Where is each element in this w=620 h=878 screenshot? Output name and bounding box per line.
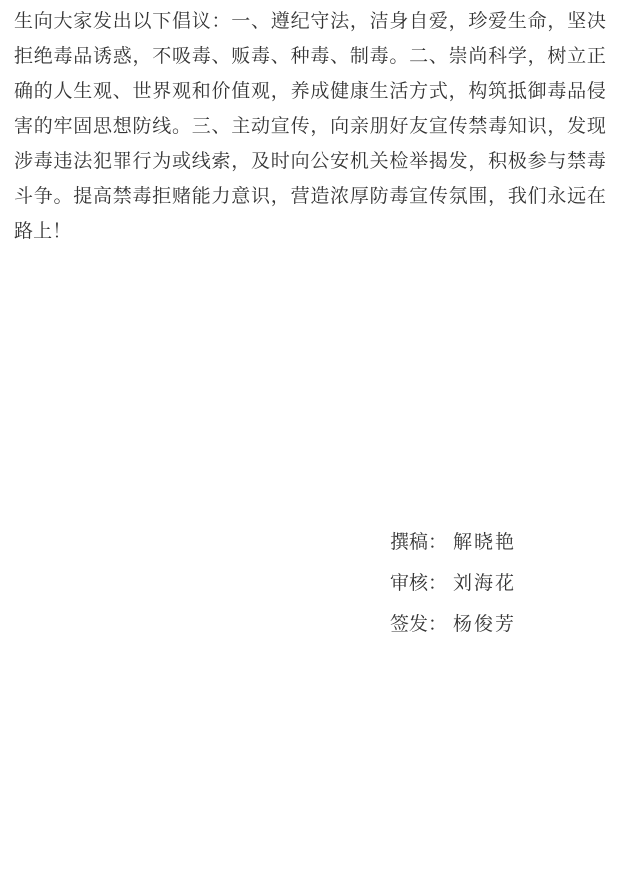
signature-line-drafter: 撰稿：解晓艳 xyxy=(390,522,516,563)
signature-block: 撰稿：解晓艳 审核：刘海花 签发：杨俊芳 xyxy=(390,522,516,645)
body-paragraph: 生向大家发出以下倡议：一、遵纪守法，洁身自爱，珍爱生命，坚决拒绝毒品诱惑，不吸毒… xyxy=(14,4,606,249)
issuer-label: 签发： xyxy=(390,614,447,635)
issuer-name: 杨俊芳 xyxy=(453,614,516,635)
reviewer-label: 审核： xyxy=(390,573,447,594)
document-page: 生向大家发出以下倡议：一、遵纪守法，洁身自爱，珍爱生命，坚决拒绝毒品诱惑，不吸毒… xyxy=(0,0,620,878)
reviewer-name: 刘海花 xyxy=(453,573,516,594)
drafter-label: 撰稿： xyxy=(390,532,447,553)
signature-line-issuer: 签发：杨俊芳 xyxy=(390,604,516,645)
signature-line-reviewer: 审核：刘海花 xyxy=(390,563,516,604)
drafter-name: 解晓艳 xyxy=(453,532,516,553)
